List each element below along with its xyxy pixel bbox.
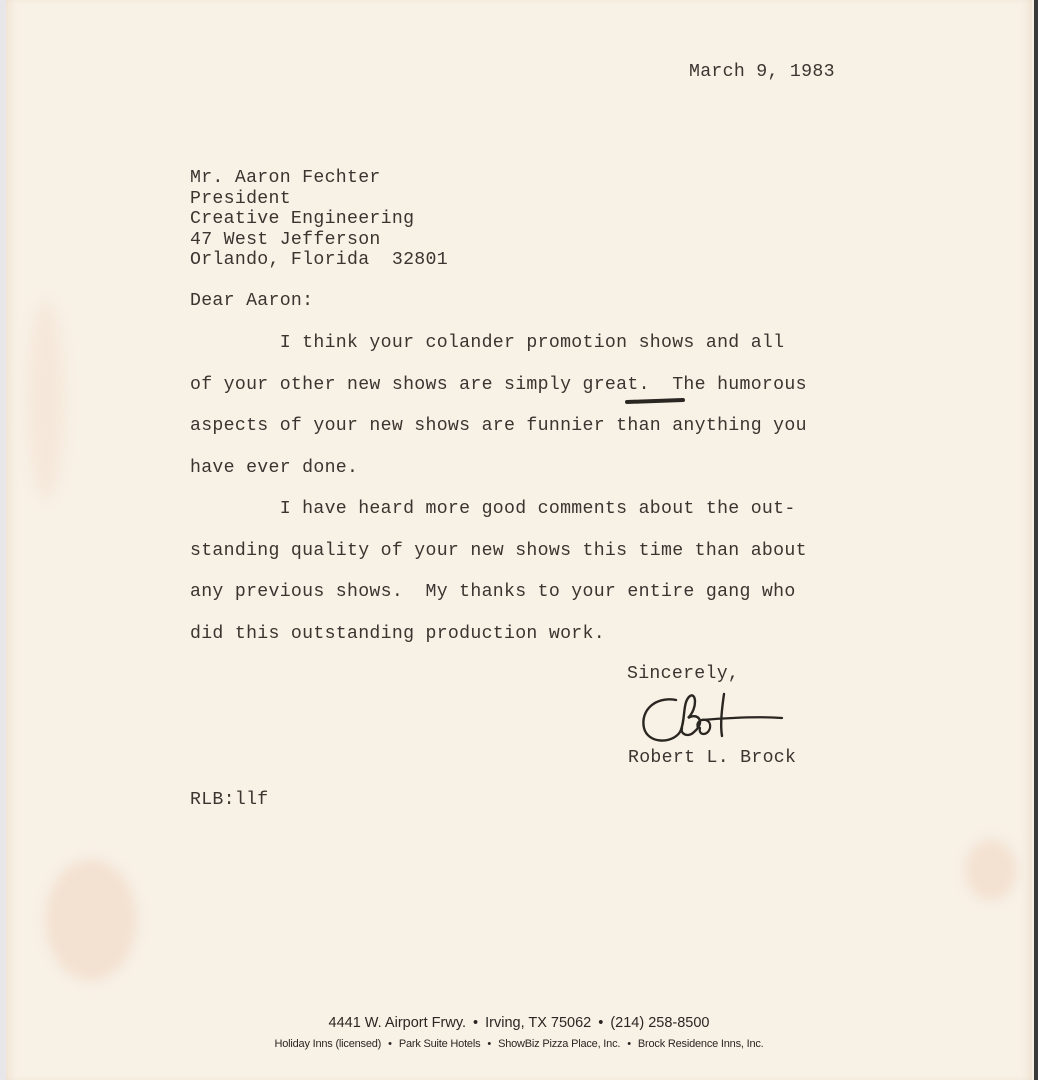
bullet-separator: • xyxy=(487,1038,491,1050)
recipient-company: Creative Engineering xyxy=(190,209,448,230)
closing: Sincerely, xyxy=(627,664,739,684)
body-line: I have heard more good comments about th… xyxy=(190,499,796,519)
letterhead-companies: Holiday Inns (licensed)•Park Suite Hotel… xyxy=(0,1038,1038,1050)
company-showbiz: ShowBiz Pizza Place, Inc. xyxy=(498,1038,620,1050)
letter-page xyxy=(6,0,1032,1080)
body-line: I think your colander promotion shows an… xyxy=(190,333,784,353)
body-line: any previous shows. My thanks to your en… xyxy=(190,582,796,602)
body-line: did this outstanding production work. xyxy=(190,624,605,644)
body-line: of your other new shows are simply great… xyxy=(190,375,807,395)
recipient-title: President xyxy=(190,189,448,210)
company-brock-residence: Brock Residence Inns, Inc. xyxy=(638,1038,764,1050)
signature-icon xyxy=(636,688,786,748)
paper-stain xyxy=(966,840,1016,900)
footer-phone: (214) 258-8500 xyxy=(610,1015,709,1031)
recipient-city: Orlando, Florida 32801 xyxy=(190,250,448,271)
salutation: Dear Aaron: xyxy=(190,291,313,311)
signer-name: Robert L. Brock xyxy=(628,748,796,768)
letter-date: March 9, 1983 xyxy=(689,62,835,82)
footer-street: 4441 W. Airport Frwy. xyxy=(329,1015,467,1031)
bullet-separator: • xyxy=(388,1038,392,1050)
recipient-street: 47 West Jefferson xyxy=(190,230,448,251)
body-line: have ever done. xyxy=(190,458,358,478)
recipient-name: Mr. Aaron Fechter xyxy=(190,168,448,189)
company-holiday-inns: Holiday Inns (licensed) xyxy=(274,1038,381,1050)
paper-stain xyxy=(46,860,136,980)
bullet-separator: • xyxy=(473,1015,478,1031)
letterhead-address: 4441 W. Airport Frwy.•Irving, TX 75062•(… xyxy=(0,1015,1038,1031)
company-park-suite: Park Suite Hotels xyxy=(399,1038,481,1050)
bullet-separator: • xyxy=(598,1015,603,1031)
footer-city: Irving, TX 75062 xyxy=(485,1015,591,1031)
body-line: standing quality of your new shows this … xyxy=(190,541,807,561)
scan-edge-right xyxy=(1034,0,1038,1080)
bullet-separator: • xyxy=(627,1038,631,1050)
body-line: aspects of your new shows are funnier th… xyxy=(190,416,807,436)
recipient-address: Mr. Aaron FechterPresidentCreative Engin… xyxy=(190,168,448,271)
reference-initials: RLB:llf xyxy=(190,790,269,810)
paper-stain xyxy=(26,300,66,500)
